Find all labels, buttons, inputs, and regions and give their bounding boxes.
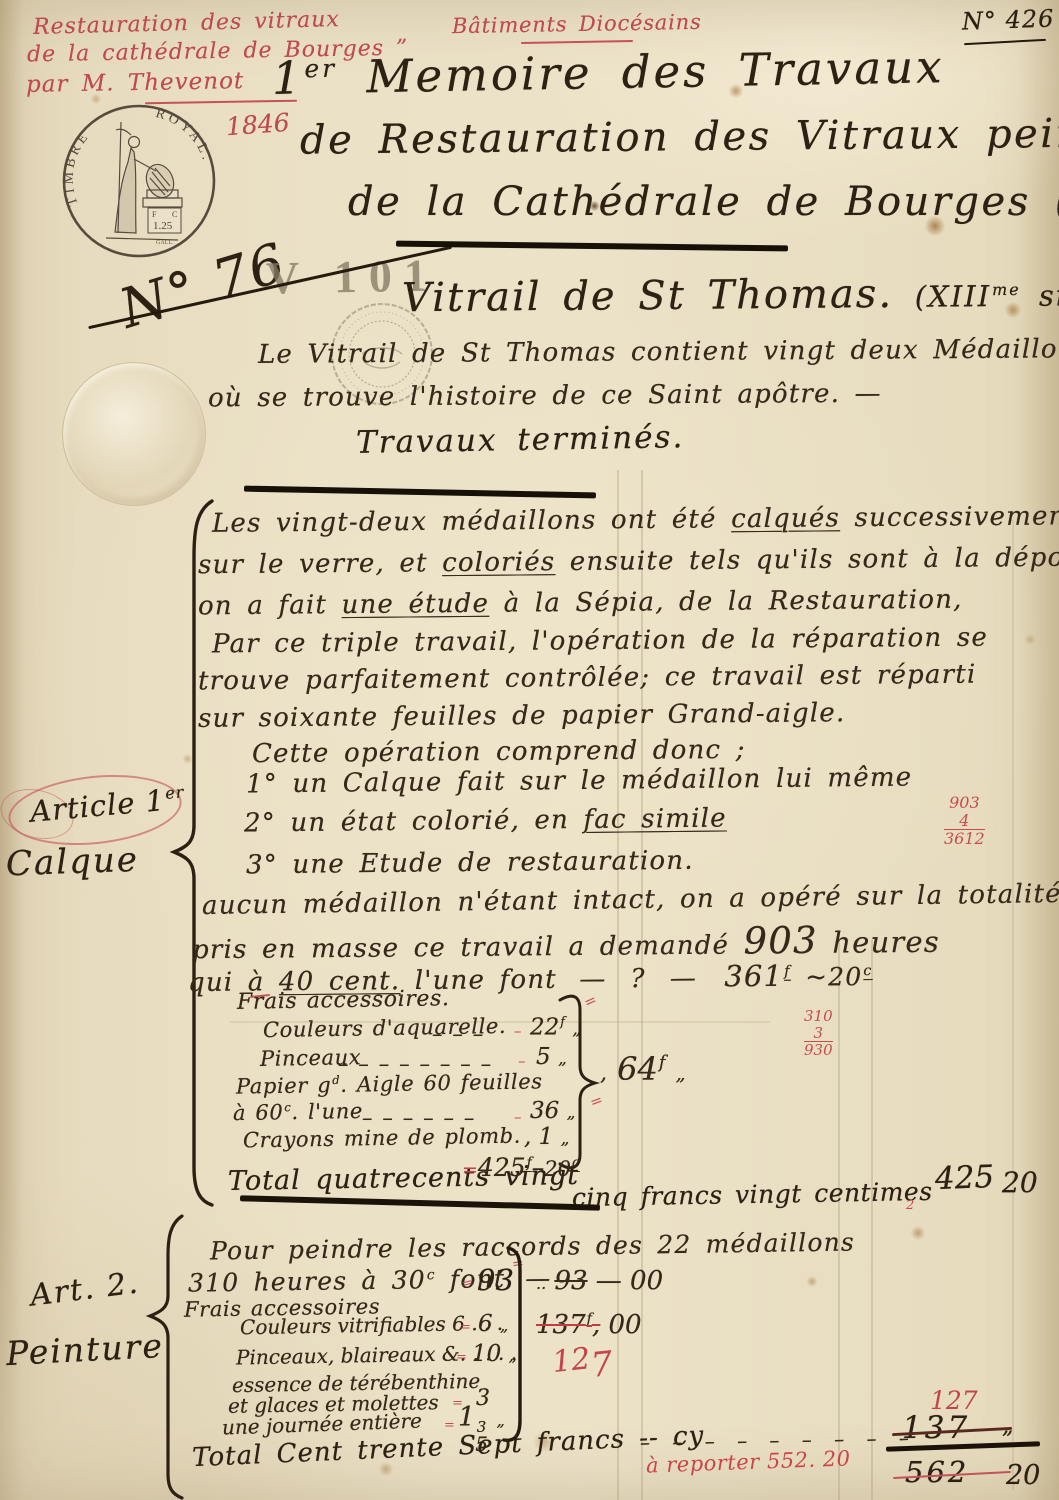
- total1-words2: cinq francs vingt centimes: [572, 1177, 933, 1212]
- title-num-sup: er: [304, 54, 337, 84]
- medallion-count: 22: [657, 1230, 692, 1259]
- timbre-word-right: ROYAL.: [154, 106, 215, 165]
- frais-row-label: Papier gd. Aigle 60 feuilles: [236, 1069, 543, 1098]
- title-line2: de Restauration des Vitraux peints: [300, 110, 1059, 163]
- total1-right-cents: 20: [1002, 1166, 1038, 1199]
- section-heading: Vitrail de St Thomas. (XIIIme siècle): [402, 269, 1059, 322]
- red-127-correction: 127: [550, 1335, 614, 1381]
- folio-number: N° 426: [962, 4, 1055, 35]
- col-ditto: „: [1002, 1414, 1013, 1439]
- frais-row-label: Crayons mine de plomb.: [243, 1124, 521, 1153]
- list-item-1: 1° un Calque fait sur le médaillon lui m…: [246, 763, 913, 800]
- para-line: Les vingt-deux médaillons ont été calqué…: [212, 501, 1059, 539]
- heavy-underline: [240, 1195, 600, 1210]
- article2-sublabel: Peinture: [5, 1326, 165, 1373]
- title-line3: de la Cathédrale de Bourges (Cher): [348, 179, 1059, 225]
- fold-line: [838, 940, 840, 1500]
- amount-cents: 20: [828, 962, 862, 991]
- batiments-note: Bâtiments Diocésains: [452, 10, 702, 38]
- fold-line: [871, 940, 873, 1500]
- red-underline: [521, 40, 633, 44]
- para-line: aucun médaillon n'étant intact, on a opé…: [202, 879, 1059, 921]
- amount-francs: 361: [724, 959, 783, 994]
- para-line: trouve parfaitement contrôlée; ce travai…: [198, 660, 977, 697]
- margin-note-line3: par M. Thevenot: [26, 68, 245, 98]
- manuscript-page: Restauration des vitraux de la cathédral…: [0, 0, 1059, 1500]
- red-tick: =: [456, 1350, 467, 1365]
- frais-header: Frais accessoires.: [237, 986, 450, 1015]
- total1-inline-amount: =425f–20c: [462, 1153, 580, 1182]
- intro-line1: Le Vitrail de St Thomas contient vingt d…: [258, 334, 1059, 370]
- red-tick: –: [518, 1052, 526, 1070]
- year-note: 1846: [225, 108, 290, 141]
- hours-value: 903: [743, 919, 818, 963]
- para-line: on a fait une étude à la Sépia, de la Re…: [198, 585, 963, 622]
- heading-era: (XIIIme siècle): [915, 278, 1059, 314]
- col-crossed-137: 137: [902, 1410, 970, 1446]
- margin-note-line1: Restauration des vitraux: [33, 7, 340, 40]
- timbre-c: C: [172, 210, 177, 219]
- embossed-seal: [62, 362, 206, 506]
- fold-line: [1012, 520, 1014, 1490]
- timbre-royal-stamp: TIMBRE ROYAL. F C 1.25 GALL.: [60, 102, 218, 260]
- stain: [806, 1276, 818, 1287]
- title-num: 1: [272, 51, 305, 105]
- para-line: sur soixante feuilles de papier Grand-ai…: [198, 698, 846, 734]
- red-tick: =: [460, 1320, 471, 1335]
- stain: [1024, 634, 1036, 645]
- timbre-value: 1.25: [153, 220, 173, 232]
- heavy-rule: [396, 241, 788, 252]
- para-line: Par ce triple travail, l'opération de la…: [212, 623, 988, 660]
- list-item-2: 2° un état colorié, en fac simile: [244, 803, 727, 838]
- dash-filler: – – –: [432, 1022, 484, 1046]
- total1-right-francs: 425: [934, 1159, 994, 1197]
- heading-main: Vitrail de St Thomas.: [402, 271, 893, 321]
- right-crossed-93: .. 93 — 00: [536, 1266, 663, 1296]
- red-calculation-1: 903 4 3612: [944, 794, 985, 848]
- frais2-bracket: [498, 1242, 538, 1456]
- status-line: Travaux terminés.: [356, 419, 685, 461]
- frais-row-label: à 60c. l'une: [233, 1099, 363, 1125]
- title-rest: Memoire des Travaux: [337, 40, 945, 104]
- red-small-digit: 2: [906, 1198, 914, 1213]
- red-eq: =: [462, 1159, 478, 1181]
- red-tick: –: [514, 1022, 522, 1040]
- red-calculation-2: 310 3 930: [804, 1008, 833, 1059]
- para-line: sur le verre, et coloriés ensuite tels q…: [198, 542, 1059, 581]
- col-sum-cents: 20: [1006, 1460, 1040, 1491]
- list-item-3: 3° une Etude de restauration.: [246, 846, 694, 881]
- heavy-rule: [244, 486, 596, 499]
- intro-line2: où se trouve l'histoire de ce Saint apôt…: [208, 379, 882, 414]
- flourish-underline: [964, 39, 1046, 45]
- timbre-f: F: [152, 210, 157, 219]
- frais1-sum: , 64f „: [600, 1050, 685, 1088]
- title-line1: 1er Memoire des Travaux: [272, 40, 945, 105]
- col-crossed-562: 562: [905, 1455, 969, 1489]
- article1-sublabel: Calque: [5, 840, 139, 885]
- timbre-foot: GALL.: [156, 240, 174, 246]
- svg-text:ROYAL.: ROYAL.: [154, 106, 215, 165]
- article2-label: Art. 2.: [28, 1265, 141, 1313]
- para-line: Cette opération comprend donc ;: [252, 735, 746, 769]
- crossed-137f: 137f, 00: [536, 1310, 642, 1340]
- stain: [910, 1226, 926, 1240]
